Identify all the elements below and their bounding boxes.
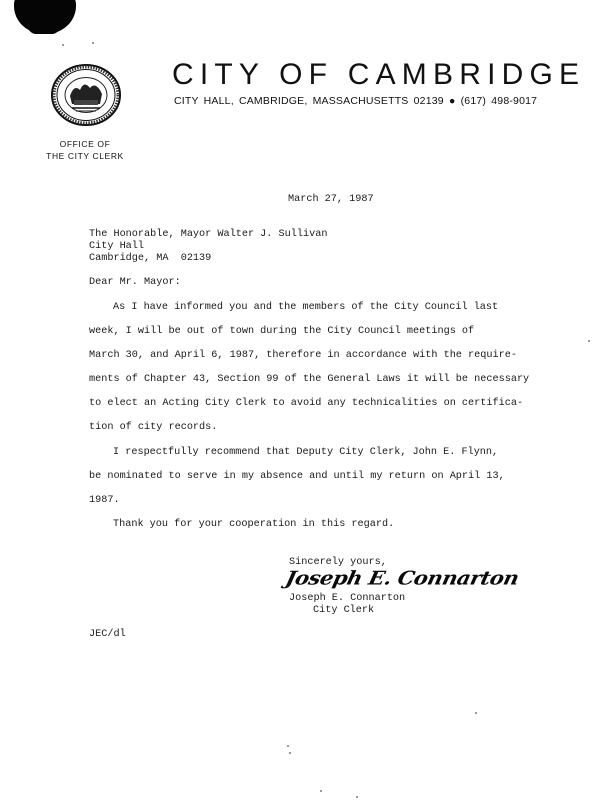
office-line-1: OFFICE OF <box>20 138 150 150</box>
body-line: Thank you for your cooperation in this r… <box>113 519 394 531</box>
office-line-2: THE CITY CLERK <box>20 150 150 162</box>
salutation: Dear Mr. Mayor: <box>89 277 181 289</box>
body-line: ments of Chapter 43, Section 99 of the G… <box>89 374 529 386</box>
body-line: be nominated to serve in my absence and … <box>89 471 505 483</box>
body-line: I respectfully recommend that Deputy Cit… <box>113 447 498 459</box>
office-label: OFFICE OF THE CITY CLERK <box>20 138 150 162</box>
typist-initials: JEC/dl <box>89 629 126 641</box>
recipient-line: City Hall <box>89 241 144 253</box>
recipient-line: The Honorable, Mayor Walter J. Sullivan <box>89 229 327 241</box>
letterhead-address: CITY HALL, CAMBRIDGE, MASSACHUSETTS 0213… <box>174 95 537 107</box>
body-line: tion of city records. <box>89 422 217 434</box>
city-seal-icon <box>50 64 122 126</box>
scan-speck <box>289 752 291 754</box>
scan-speck <box>356 796 358 798</box>
scan-speck <box>287 745 289 747</box>
scan-speck <box>475 712 477 714</box>
scan-speck <box>62 44 64 46</box>
recipient-line: Cambridge, MA 02139 <box>89 253 211 265</box>
signer-title: City Clerk <box>313 605 374 617</box>
handwritten-signature: Joseph E. Connarton <box>284 566 521 589</box>
letterhead-title: CITY OF CAMBRIDGE <box>172 58 585 92</box>
body-line: week, I will be out of town during the C… <box>89 326 474 338</box>
ink-blot-drip <box>28 24 60 34</box>
scan-speck <box>588 340 590 342</box>
letter-date: March 27, 1987 <box>288 194 374 206</box>
scan-speck <box>320 790 322 792</box>
body-line: 1987. <box>89 495 120 507</box>
body-line: March 30, and April 6, 1987, therefore i… <box>89 350 517 362</box>
body-line: As I have informed you and the members o… <box>113 302 498 314</box>
body-line: to elect an Acting City Clerk to avoid a… <box>89 398 523 410</box>
scan-speck <box>92 42 94 44</box>
signer-name: Joseph E. Connarton <box>289 593 405 605</box>
